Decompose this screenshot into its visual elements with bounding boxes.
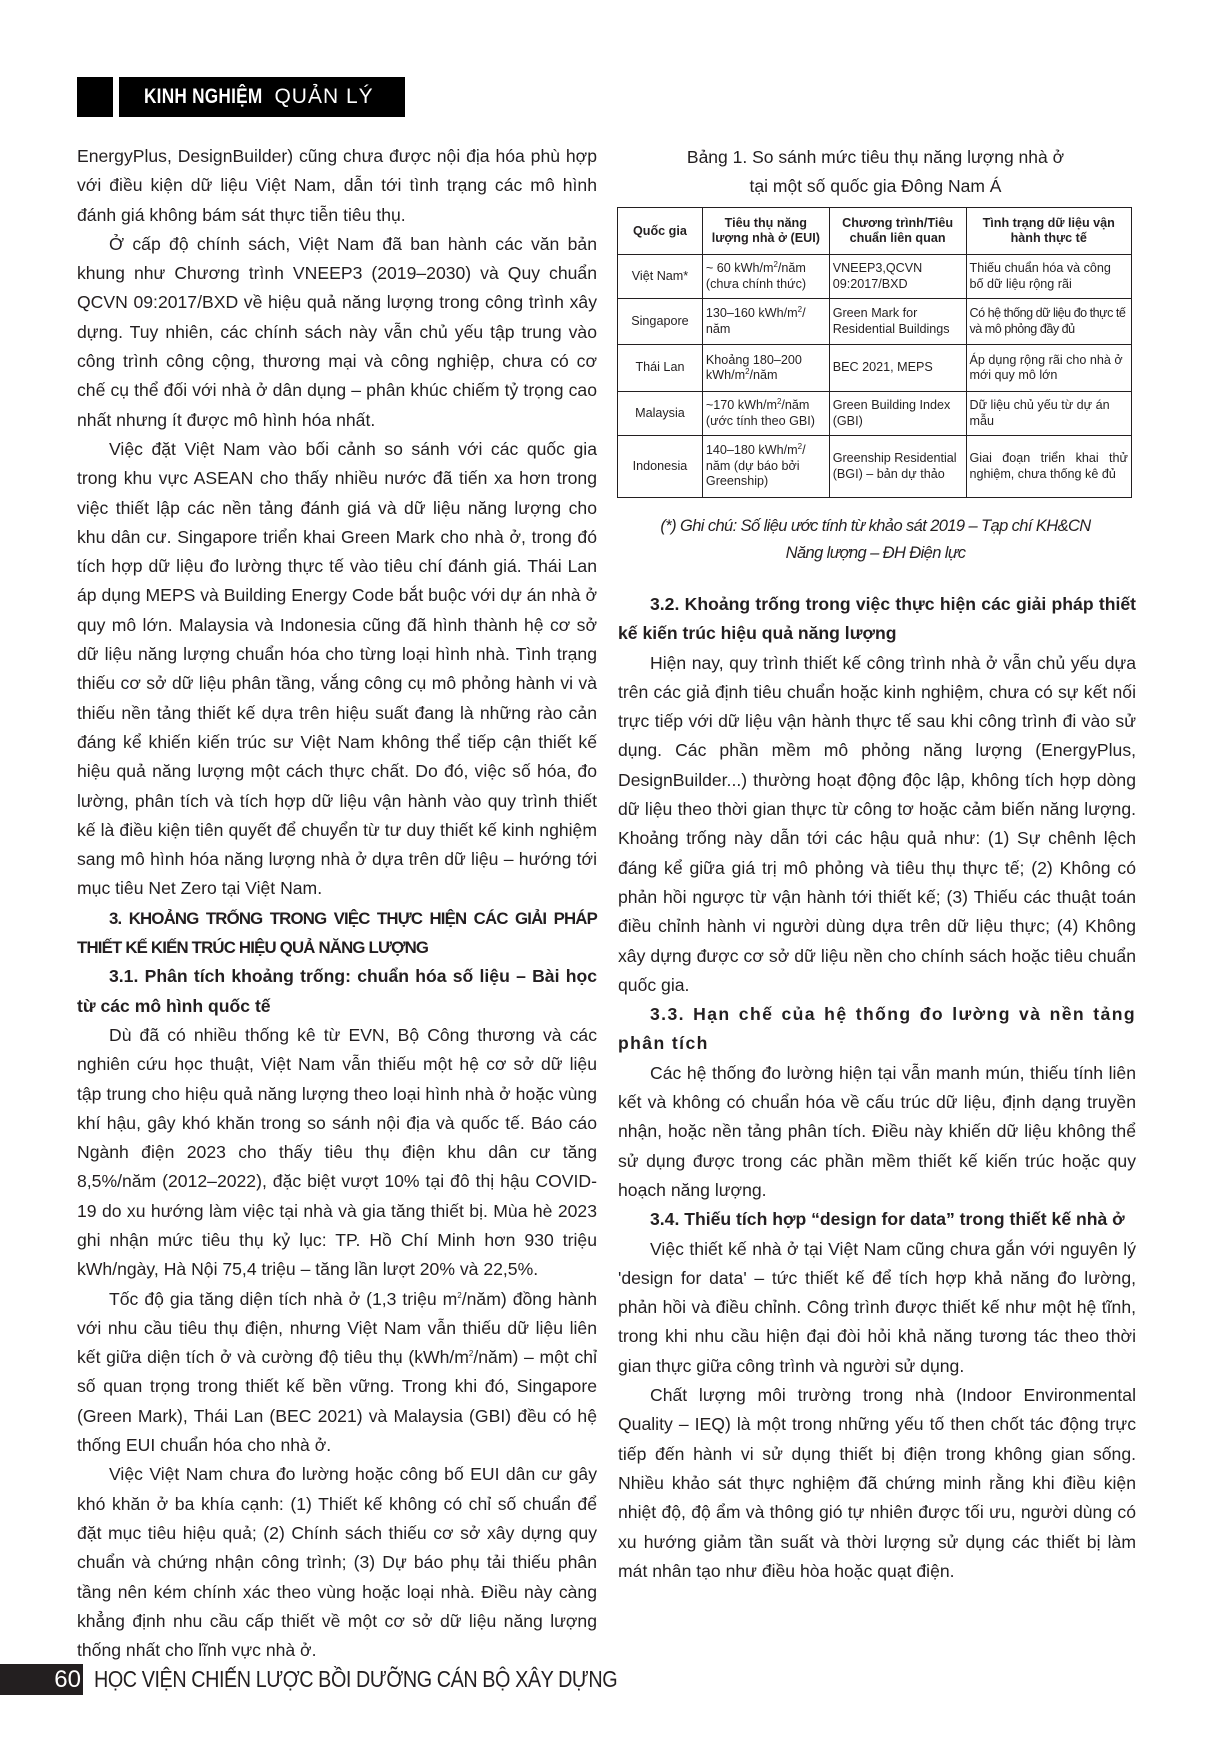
- table-row: Malaysia ~170 kWh/m2/năm (ước tính theo …: [618, 392, 1132, 436]
- text-run: Tốc độ gia tăng diện tích nhà ở (1,3 tri…: [109, 1289, 457, 1309]
- paragraph: Việc Việt Nam chưa đo lường hoặc công bố…: [77, 1460, 597, 1665]
- cell-status: Giai đoạn triển khai thử nghiệm, chưa th…: [966, 436, 1132, 498]
- cell-program: Green Mark for Residential Buildings: [829, 299, 966, 345]
- section-header-bold: KINH NGHIỆM: [144, 85, 262, 109]
- cell-country: Thái Lan: [618, 345, 703, 392]
- publication-name: HỌC VIỆN CHIẾN LƯỢC BỒI DƯỠNG CÁN BỘ XÂY…: [94, 1664, 617, 1695]
- cell-eui: ~ 60 kWh/m2/năm (chưa chính thức): [702, 255, 829, 299]
- section-heading-3-3: 3.3. Hạn chế của hệ thống đo lường và nề…: [618, 1000, 1136, 1059]
- cell-country: Singapore: [618, 299, 703, 345]
- cell-country: Malaysia: [618, 392, 703, 436]
- cell-status: Áp dụng rộng rãi cho nhà ở mới quy mô lớ…: [966, 345, 1132, 392]
- comparison-table: Quốc gia Tiêu thụ năng lượng nhà ở (EUI)…: [617, 207, 1132, 498]
- cell-program: BEC 2021, MEPS: [829, 345, 966, 392]
- column-header: Tiêu thụ năng lượng nhà ở (EUI): [702, 208, 829, 255]
- table-caption-line: Bảng 1. So sánh mức tiêu thụ năng lượng …: [618, 143, 1133, 172]
- table-header-row: Quốc gia Tiêu thụ năng lượng nhà ở (EUI)…: [618, 208, 1132, 255]
- cell-eui: 140–180 kWh/m2/ năm (dự báo bởi Greenshi…: [702, 436, 829, 498]
- table-note-line: Năng lượng – ĐH Điện lực: [618, 540, 1133, 567]
- column-header: Quốc gia: [618, 208, 703, 255]
- table-note: (*) Ghi chú: Số liệu ước tính từ khảo sá…: [618, 513, 1133, 567]
- right-column: 3.2. Khoảng trống trong việc thực hiện c…: [618, 590, 1136, 1586]
- table-caption: Bảng 1. So sánh mức tiêu thụ năng lượng …: [618, 143, 1133, 201]
- table-caption-line: tại một số quốc gia Đông Nam Á: [618, 172, 1133, 201]
- cell-eui: Khoảng 180–200 kWh/m2/năm: [702, 345, 829, 392]
- table-row: Singapore 130–160 kWh/m2/ năm Green Mark…: [618, 299, 1132, 345]
- table-row: Việt Nam* ~ 60 kWh/m2/năm (chưa chính th…: [618, 255, 1132, 299]
- paragraph: EnergyPlus, DesignBuilder) cũng chưa đượ…: [77, 142, 597, 230]
- paragraph: Ở cấp độ chính sách, Việt Nam đã ban hàn…: [77, 230, 597, 435]
- table-row: Thái Lan Khoảng 180–200 kWh/m2/năm BEC 2…: [618, 345, 1132, 392]
- cell-eui: 130–160 kWh/m2/ năm: [702, 299, 829, 345]
- header-block-decoration: [77, 77, 113, 117]
- section-heading-3-4: 3.4. Thiếu tích hợp “design for data” tr…: [618, 1205, 1136, 1234]
- cell-status: Có hệ thống dữ liệu đo thực tế và mô phỏ…: [966, 299, 1132, 345]
- paragraph: Dù đã có nhiều thống kê từ EVN, Bộ Công …: [77, 1021, 597, 1285]
- paragraph: Tốc độ gia tăng diện tích nhà ở (1,3 tri…: [77, 1285, 597, 1461]
- paragraph: Việc thiết kế nhà ở tại Việt Nam cũng ch…: [618, 1235, 1136, 1381]
- cell-status: Dữ liệu chủ yếu từ dự án mẫu: [966, 392, 1132, 436]
- cell-eui: ~170 kWh/m2/năm (ước tính theo GBI): [702, 392, 829, 436]
- section-heading-3: 3. KHOẢNG TRỐNG TRONG VIỆC THỰC HIỆN CÁC…: [77, 904, 597, 963]
- cell-status: Thiếu chuẩn hóa và công bố dữ liệu rộng …: [966, 255, 1132, 299]
- section-header-light: QUẢN LÝ: [274, 85, 373, 109]
- paragraph: Các hệ thống đo lường hiện tại vẫn manh …: [618, 1059, 1136, 1205]
- cell-country: Việt Nam*: [618, 255, 703, 299]
- page-number: 60: [0, 1664, 83, 1695]
- cell-program: Green Building Index (GBI): [829, 392, 966, 436]
- paragraph: Việc đặt Việt Nam vào bối cảnh so sánh v…: [77, 435, 597, 904]
- paragraph: Chất lượng môi trường trong nhà (Indoor …: [618, 1381, 1136, 1586]
- section-heading-3-2: 3.2. Khoảng trống trong việc thực hiện c…: [618, 590, 1136, 649]
- table-note-line: (*) Ghi chú: Số liệu ước tính từ khảo sá…: [618, 513, 1133, 540]
- paragraph: Hiện nay, quy trình thiết kế công trình …: [618, 649, 1136, 1001]
- table-row: Indonesia 140–180 kWh/m2/ năm (dự báo bở…: [618, 436, 1132, 498]
- cell-program: VNEEP3,QCVN 09:2017/BXD: [829, 255, 966, 299]
- cell-country: Indonesia: [618, 436, 703, 498]
- section-heading-3-1: 3.1. Phân tích khoảng trống: chuẩn hóa s…: [77, 962, 597, 1021]
- column-header: Tình trạng dữ liệu vận hành thực tế: [966, 208, 1132, 255]
- cell-program: Greenship Residential (BGI) – bản dự thả…: [829, 436, 966, 498]
- section-header: KINH NGHIỆM QUẢN LÝ: [119, 77, 405, 117]
- column-header: Chương trình/Tiêu chuẩn liên quan: [829, 208, 966, 255]
- left-column: EnergyPlus, DesignBuilder) cũng chưa đượ…: [77, 142, 597, 1665]
